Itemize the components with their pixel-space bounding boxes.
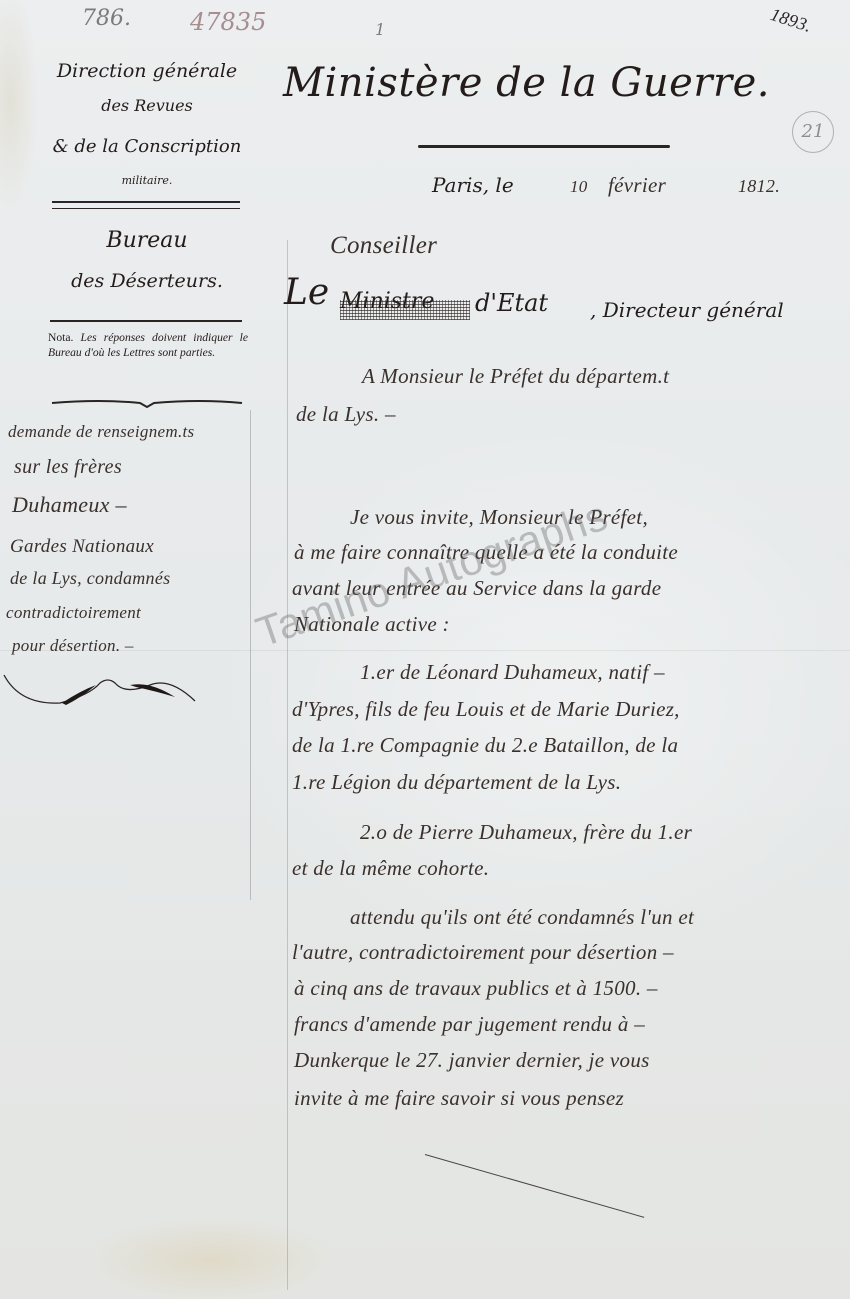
nota-label: Nota. [48,331,73,344]
date-prefix: Paris, le [432,173,514,197]
margin-note-line: pour désertion. – [12,636,134,656]
letterhead-double-rule [52,201,240,209]
document-page: 786. 47835 1 1893. 21 Direction générale… [0,0,850,1299]
strikethrough-hatching [340,300,470,320]
margin-note-line: Duhameux – [12,492,127,518]
margin-note-line: demande de renseignem.ts [8,422,194,442]
body-line: francs d'amende par jugement rendu à – [294,1012,645,1037]
margin-note-line: Gardes Nationaux [10,536,154,558]
margin-note-line: contradictoirement [6,603,141,623]
sender-added-title: Conseiller [330,232,437,260]
body-line: 2.o de Pierre Duhameux, frère du 1.er [360,820,692,845]
bureau-title: Bureau [40,228,254,253]
body-line: attendu qu'ils ont été condamnés l'un et [350,905,694,930]
date-day: 10 [570,177,588,197]
letterhead-conscription: & de la Conscription [40,136,254,157]
body-line: invite à me faire savoir si vous pensez [294,1086,624,1111]
margin-rule [287,240,288,1290]
letterhead-direction: Direction générale [40,60,254,82]
ministry-title: Ministère de la Guerre. [283,60,770,106]
letterhead-militaire: militaire. [40,174,254,187]
ministry-rule [418,145,670,148]
nota-text: Nota. Les réponses doivent indiquer le B… [48,330,248,360]
nota-body: Les réponses doivent indiquer le Bureau … [48,331,248,359]
body-line: à cinq ans de travaux publics et à 1500.… [294,976,658,1001]
date-month: février [608,173,666,198]
archive-number-ink: 1893. [768,4,814,37]
body-line: 1.er de Léonard Duhameux, natif – [360,660,665,685]
body-line: 1.re Légion du département de la Lys. [292,770,621,795]
margin-note-line: de la Lys, condamnés [10,568,170,589]
body-line: et de la même cohorte. [292,856,489,881]
body-line: Dunkerque le 27. janvier dernier, je vou… [294,1048,650,1073]
addressee-line: A Monsieur le Préfet du départem.t [362,364,669,389]
letterhead-revues: des Revues [40,96,254,115]
archive-number-red: 47835 [190,8,266,36]
sender-detat: d'Etat [475,289,548,317]
closing-stroke [425,1154,644,1218]
sender-title: , Directeur général [590,298,784,322]
circled-folio-number: 21 [792,111,834,153]
date-year: 1812. [738,176,780,197]
bureau-name: des Déserteurs. [40,270,254,292]
body-line: de la 1.re Compagnie du 2.e Bataillon, d… [292,733,678,758]
column-rule [250,410,251,900]
addressee-line: de la Lys. – [296,402,396,427]
body-line: l'autre, contradictoirement pour déserti… [292,940,674,965]
body-line: d'Ypres, fils de feu Louis et de Marie D… [292,697,680,722]
center-mark: 1 [375,20,385,39]
margin-note-line: sur les frères [14,456,122,479]
brace-ornament [50,397,244,409]
bureau-rule [50,320,242,322]
sender-le: Le [284,272,329,313]
archive-number-pencil: 786. [82,6,131,31]
flourish-ornament [0,655,250,715]
